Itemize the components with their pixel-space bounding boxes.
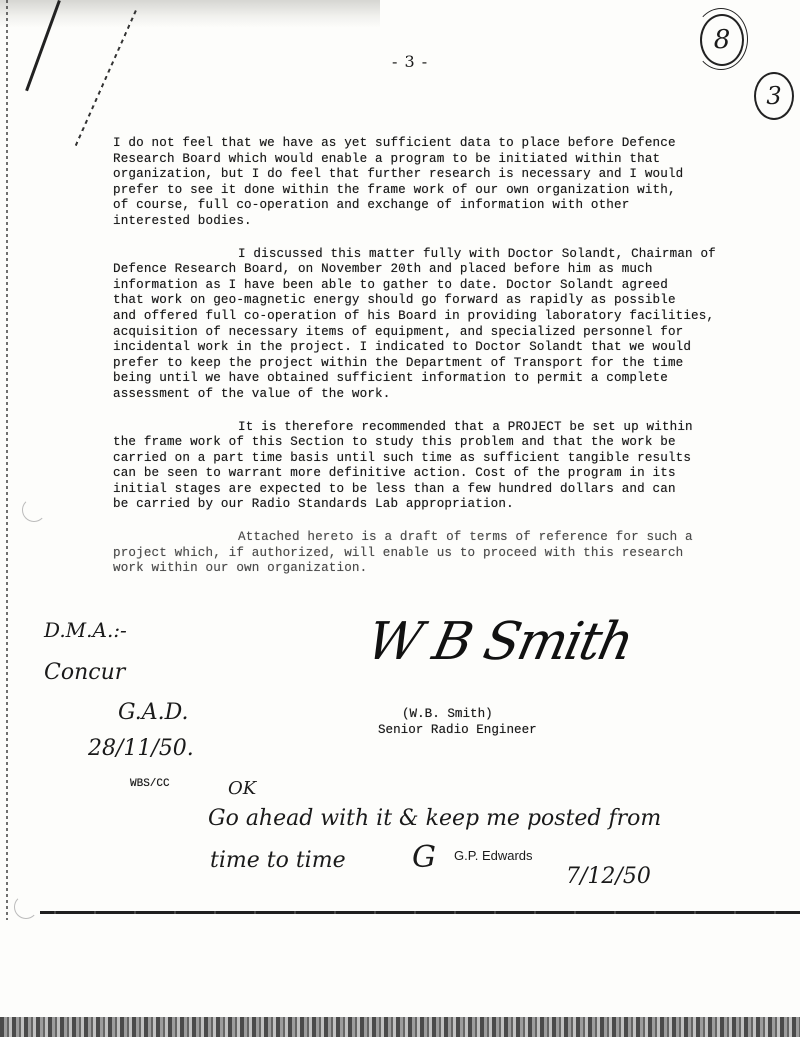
handwritten-signature: W B Smith <box>362 612 637 672</box>
punch-hole-mark <box>22 498 46 522</box>
paragraph-1: I do not feel that we have as yet suffic… <box>113 136 793 230</box>
margin-note-addressee: D.M.A.:- <box>44 618 127 642</box>
margin-note-date: 28/11/50. <box>88 736 194 761</box>
approval-date: 7/12/50 <box>566 864 651 889</box>
typed-name: (W.B. Smith) <box>402 706 537 722</box>
paragraph-3: It is therefore recommended that a PROJE… <box>113 420 793 514</box>
circled-number-8: 8 <box>700 14 744 66</box>
page-left-edge <box>6 0 8 920</box>
dotted-pen-mark <box>74 10 137 148</box>
approval-signature-mark: G <box>412 840 436 875</box>
page-fold-line <box>40 911 800 914</box>
page-number: - 3 - <box>392 52 428 71</box>
memo-body: I do not feel that we have as yet suffic… <box>113 136 793 594</box>
approval-note-line-2: Go ahead with it & keep me posted from <box>208 806 661 831</box>
margin-note-initials: G.A.D. <box>118 700 189 725</box>
approval-signatory: G.P. Edwards <box>454 848 533 863</box>
punch-hole-mark <box>14 895 38 919</box>
margin-note-concur: Concur <box>44 660 125 685</box>
approval-note-line-3: time to time <box>210 848 346 873</box>
paragraph-2: I discussed this matter fully with Docto… <box>113 247 793 403</box>
signature-block: (W.B. Smith) Senior Radio Engineer <box>378 706 537 738</box>
approval-note-line-1: OK <box>228 778 256 799</box>
signatory-title: Senior Radio Engineer <box>378 722 537 738</box>
scan-bottom-edge <box>0 1017 800 1037</box>
circled-number-3: 3 <box>754 72 794 120</box>
reference-initials: WBS/CC <box>130 778 170 790</box>
paragraph-4: Attached hereto is a draft of terms of r… <box>113 530 793 577</box>
